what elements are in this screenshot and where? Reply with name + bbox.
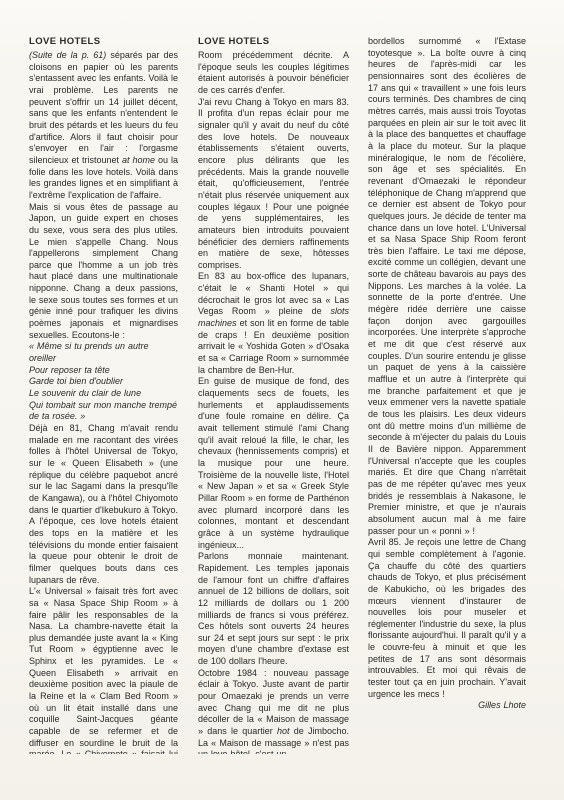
body-paragraph: Octobre 1984 : nouveau passage éclair à … bbox=[198, 668, 349, 754]
poem-line: « Même si tu prends un autre oreiller bbox=[29, 341, 178, 364]
magazine-page: LOVE HOTELS (Suite de la p. 61) séparés … bbox=[0, 0, 564, 800]
body-paragraph: Parlons monnaie maintenant. Rapidement. … bbox=[198, 551, 349, 668]
body-paragraph: En 83 au box-office des lupanars, c'étai… bbox=[198, 271, 349, 376]
body-paragraph: (Suite de la p. 61) séparés par des cloi… bbox=[29, 50, 178, 202]
poem-line: Qui tombait sur mon manche trempé de ta … bbox=[29, 400, 178, 423]
body-paragraph: Avril 85. Je reçois une lettre de Chang … bbox=[368, 537, 526, 700]
author-signature: Gilles Lhote bbox=[368, 700, 526, 712]
poem-line: Le souvenir du clair de lune bbox=[29, 388, 178, 400]
poem-line: Pour reposer ta tête bbox=[29, 365, 178, 377]
column-2-running-head: LOVE HOTELS bbox=[198, 36, 349, 48]
body-paragraph: L'« Universal » faisait très fort avec s… bbox=[29, 586, 178, 754]
body-paragraph: En guise de musique de fond, des claquem… bbox=[198, 376, 349, 551]
text-column-2: LOVE HOTELS Room précédemment décrite. A… bbox=[198, 36, 349, 754]
body-paragraph: Room précédemment décrite. A l'époque se… bbox=[198, 50, 349, 97]
text-column-3: bordellos surnommé « l'Extase toyotesque… bbox=[368, 36, 526, 754]
body-paragraph: bordellos surnommé « l'Extase toyotesque… bbox=[368, 36, 526, 537]
poem-line: Garde toi bien d'oublier bbox=[29, 376, 178, 388]
column-1-running-head: LOVE HOTELS bbox=[29, 36, 178, 48]
body-paragraph: J'ai revu Chang à Tokyo en mars 83. Il p… bbox=[198, 97, 349, 272]
body-paragraph: Déjà en 81, Chang m'avait rendu malade e… bbox=[29, 423, 178, 586]
body-paragraph: Mais si vous êtes de passage au Japon, u… bbox=[29, 202, 178, 342]
text-column-1: LOVE HOTELS (Suite de la p. 61) séparés … bbox=[29, 36, 178, 754]
